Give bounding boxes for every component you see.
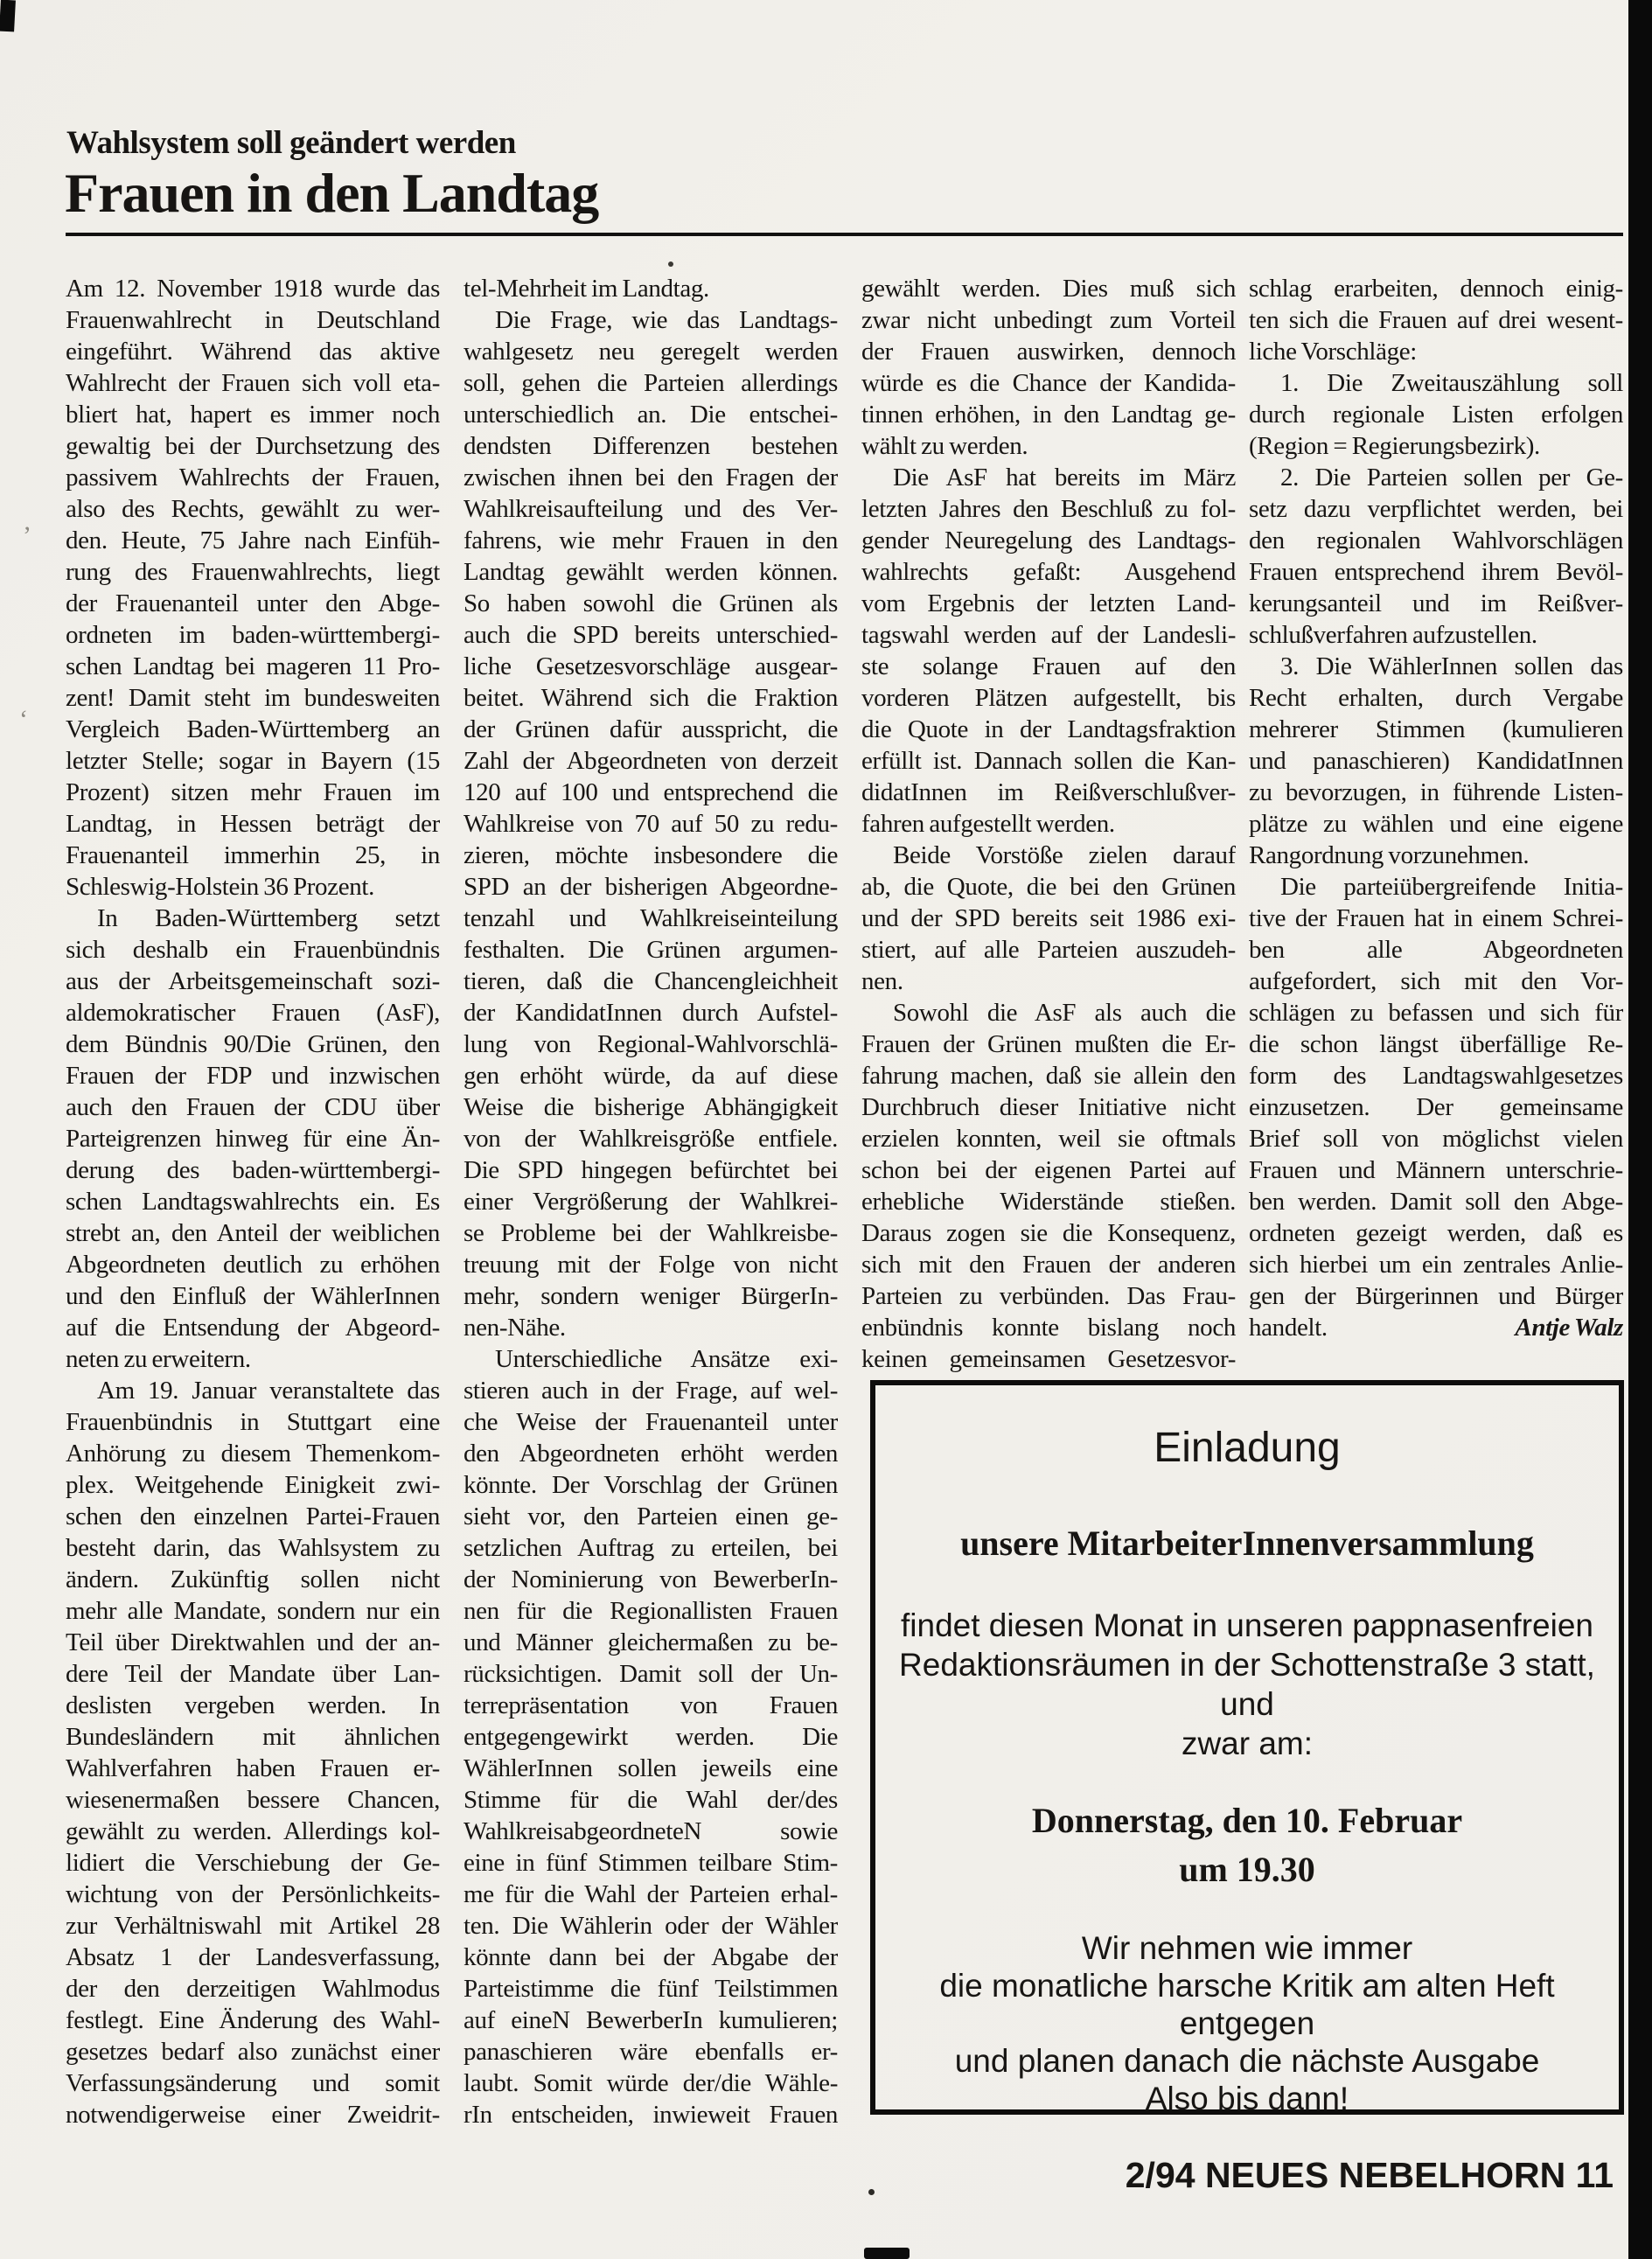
article-line: Teil über Direktwahlen und der an- bbox=[66, 1627, 440, 1658]
article-line: strebt an, den Anteil der weiblichen bbox=[66, 1217, 440, 1249]
article-line: schlägen zu befassen und sich für bbox=[1249, 997, 1623, 1028]
article-line: schen den einzelnen Partei-Frauen bbox=[66, 1501, 440, 1532]
article-line: dendsten Differenzen bestehen bbox=[464, 430, 838, 462]
article-line: schlußverfahren aufzustellen. bbox=[1249, 619, 1623, 651]
article-line: plätze zu wählen und eine eigene bbox=[1249, 808, 1623, 840]
article-line: ste solange Frauen auf den bbox=[861, 651, 1236, 682]
article-line: liche Gesetzesvorschläge ausgear- bbox=[464, 651, 838, 682]
article-line: und panaschieren) KandidatInnen bbox=[1249, 745, 1623, 777]
article-line: tieren, daß die Chancengleichheit bbox=[464, 966, 838, 997]
article-line: 2. Die Parteien sollen per Ge- bbox=[1249, 462, 1623, 493]
article-line: Zahl der Abgeordneten von derzeit bbox=[464, 745, 838, 777]
article-line: Brief soll von möglichst vielen bbox=[1249, 1123, 1623, 1154]
article-line: derung des baden-württembergi- bbox=[66, 1154, 440, 1186]
article-line: Die SPD hingegen befürchtet bei bbox=[464, 1154, 838, 1186]
article-line: deslisten vergeben werden. In bbox=[66, 1690, 440, 1721]
article-line: Beide Vorstöße zielen darauf bbox=[861, 840, 1236, 871]
pencil-mark: ’ bbox=[23, 521, 31, 551]
article-line: Wahlrecht der Frauen sich voll eta- bbox=[66, 367, 440, 399]
article-line: Wahlkreise von 70 auf 50 zu redu- bbox=[464, 808, 838, 840]
article-line: Die AsF hat bereits im März bbox=[861, 462, 1236, 493]
article-line: ab, die Quote, die bei den Grünen bbox=[861, 871, 1236, 903]
article-line: passivem Wahlrechts der Frauen, bbox=[66, 462, 440, 493]
invitation-line: Redaktionsräumen in der Schottenstraße 3… bbox=[875, 1645, 1619, 1724]
article-line: setzlichen Auftrag zu erteilen, bei bbox=[464, 1532, 838, 1564]
article-line: gewaltig bei der Durchsetzung des bbox=[66, 430, 440, 462]
article-line: festhalten. Die Grünen argumen- bbox=[464, 934, 838, 966]
article-line: und der SPD bereits seit 1986 exi- bbox=[861, 903, 1236, 934]
invitation-line: die monatliche harsche Kritik am alten H… bbox=[875, 1967, 1619, 2042]
article-line: Prozent) sitzen mehr Frauen im bbox=[66, 777, 440, 808]
article-line: mehrerer Stimmen (kumulieren bbox=[1249, 714, 1623, 745]
article-line: eine in fünf Stimmen teilbare Stim- bbox=[464, 1847, 838, 1879]
article-line: wählt zu werden. bbox=[861, 430, 1236, 462]
article-line: schlag erarbeiten, dennoch einig- bbox=[1249, 273, 1623, 304]
article-line: entgegengewirkt werden. Die bbox=[464, 1721, 838, 1753]
article-line: laubt. Somit würde der/die Wähle- bbox=[464, 2067, 838, 2099]
article-line: stiert, auf alle Parteien auszudeh- bbox=[861, 934, 1236, 966]
article-line: zwar nicht unbedingt zum Vorteil bbox=[861, 304, 1236, 336]
article-line: terrepräsentation von Frauen bbox=[464, 1690, 838, 1721]
article-line: Frauen der FDP und inzwischen bbox=[66, 1060, 440, 1091]
article-line: gewählt werden. Dies muß sich bbox=[861, 273, 1236, 304]
scan-bottom-mark bbox=[864, 2248, 910, 2259]
invitation-line: Also bis dann! bbox=[875, 2080, 1619, 2117]
article-line: Durchbruch dieser Initiative nicht bbox=[861, 1091, 1236, 1123]
invitation-line: und planen danach die nächste Ausgabe bbox=[875, 2042, 1619, 2080]
article-line: schen Landtagswahlrechts ein. Es bbox=[66, 1186, 440, 1217]
article-line: wiesenermaßen bessere Chancen, bbox=[66, 1784, 440, 1816]
article-line: zwischen ihnen bei den Fragen der bbox=[464, 462, 838, 493]
article-line: Landtag gewählt werden können. bbox=[464, 556, 838, 588]
article-line: unterschiedlich an. Die entschei- bbox=[464, 399, 838, 430]
article-line: fahren aufgestellt werden. bbox=[861, 808, 1236, 840]
article-line: Landtag, in Hessen beträgt der bbox=[66, 808, 440, 840]
article-line: WahlkreisabgeordneteN sowie bbox=[464, 1816, 838, 1847]
article-line: 3. Die WählerInnen sollen das bbox=[1249, 651, 1623, 682]
article-line: der Nominierung von BewerberIn- bbox=[464, 1564, 838, 1595]
article-line: ten sich die Frauen auf drei wesent- bbox=[1249, 304, 1623, 336]
article-line: Schleswig-Holstein 36 Prozent. bbox=[66, 871, 440, 903]
article-line: Die parteiübergreifende Initia- bbox=[1249, 871, 1623, 903]
article-line: Bundesländern mit ähnlichen bbox=[66, 1721, 440, 1753]
article-line: didatInnen im Reißverschlußver- bbox=[861, 777, 1236, 808]
article-line: ordneten im baden-württembergi- bbox=[66, 619, 440, 651]
article-line: fahrens, wie mehr Frauen in den bbox=[464, 525, 838, 556]
article-line: der den derzeitigen Wahlmodus bbox=[66, 1973, 440, 2005]
article-line: Absatz 1 der Landesverfassung, bbox=[66, 1942, 440, 1973]
article-line: letzten Jahres den Beschluß zu fol- bbox=[861, 493, 1236, 525]
page-footer: 2/94 NEUES NEBELHORN 11 bbox=[1126, 2155, 1614, 2196]
article-line: Parteistimme die fünf Teilstimmen bbox=[464, 1973, 838, 2005]
article-line: Am 19. Januar veranstaltete das bbox=[66, 1375, 440, 1406]
article-line: durch regionale Listen erfolgen bbox=[1249, 399, 1623, 430]
article-line: lidiert die Verschiebung der Ge- bbox=[66, 1847, 440, 1879]
article-line: bliert hat, hapert es immer noch bbox=[66, 399, 440, 430]
article-line: tive der Frauen hat in einem Schrei- bbox=[1249, 903, 1623, 934]
article-line: den regionalen Wahlvorschlägen bbox=[1249, 525, 1623, 556]
author-byline: Antje Walz bbox=[1515, 1312, 1623, 1343]
article-line: Frauenwahlrecht in Deutschland bbox=[66, 304, 440, 336]
article-line: aufgefordert, sich mit den Vor- bbox=[1249, 966, 1623, 997]
article-line: aus der Arbeitsgemeinschaft sozi- bbox=[66, 966, 440, 997]
article-column-1: Am 12. November 1918 wurde dasFrauenwahl… bbox=[66, 273, 440, 2130]
article-line: auch die SPD bereits unterschied- bbox=[464, 619, 838, 651]
article-line: So haben sowohl die Grünen als bbox=[464, 588, 838, 619]
article-line: vom Ergebnis der letzten Land- bbox=[861, 588, 1236, 619]
article-line: könnte. Der Vorschlag der Grünen bbox=[464, 1469, 838, 1501]
article-line: Unterschiedliche Ansätze exi- bbox=[464, 1343, 838, 1375]
article-line: wahlgesetz neu geregelt werden bbox=[464, 336, 838, 367]
article-line: me für die Wahl der Parteien erhal- bbox=[464, 1879, 838, 1910]
article-line: der Frauen auswirken, dennoch bbox=[861, 336, 1236, 367]
article-line: festlegt. Eine Änderung des Wahl- bbox=[66, 2005, 440, 2036]
article-line: rücksichtigen. Damit soll der Un- bbox=[464, 1658, 838, 1690]
article-line: Stimme für die Wahl der/des bbox=[464, 1784, 838, 1816]
article-line: beitet. Während sich die Fraktion bbox=[464, 682, 838, 714]
article-column-4: schlag erarbeiten, dennoch einig-ten sic… bbox=[1249, 273, 1623, 1343]
article-line: mehr, sondern weniger BürgerIn- bbox=[464, 1280, 838, 1312]
article-line: auch den Frauen der CDU über bbox=[66, 1091, 440, 1123]
article-line: rung des Frauenwahlrechts, liegt bbox=[66, 556, 440, 588]
scan-corner-mark bbox=[0, 0, 16, 31]
article-line: erhebliche Widerstände stießen. bbox=[861, 1186, 1236, 1217]
article-line: vorderen Plätzen aufgestellt, bis bbox=[861, 682, 1236, 714]
invitation-body-2: Wir nehmen wie immerdie monatliche harsc… bbox=[875, 1929, 1619, 2117]
article-line: aldemokratischer Frauen (AsF), bbox=[66, 997, 440, 1028]
article-line: und den Einfluß der WählerInnen bbox=[66, 1280, 440, 1312]
article-line: Rangordnung vorzunehmen. bbox=[1249, 840, 1623, 871]
article-line: einer Vergrößerung der Wahlkrei- bbox=[464, 1186, 838, 1217]
article-line: form des Landtagswahlgesetzes bbox=[1249, 1060, 1623, 1091]
article-line: erfüllt ist. Dannach sollen die Kan- bbox=[861, 745, 1236, 777]
article-line: ben alle Abgeordneten bbox=[1249, 934, 1623, 966]
article-title: Frauen in den Landtag bbox=[65, 161, 598, 226]
article-line: Daraus zogen sie die Konsequenz, bbox=[861, 1217, 1236, 1249]
article-line: Frauen und Männern unterschrie- bbox=[1249, 1154, 1623, 1186]
article-line: die schon längst überfällige Re- bbox=[1249, 1028, 1623, 1060]
article-line: 1. Die Zweitauszählung soll bbox=[1249, 367, 1623, 399]
article-line: ten. Die Wählerin oder der Wähler bbox=[464, 1910, 838, 1942]
article-line: rIn entscheiden, inwieweit Frauen bbox=[464, 2099, 838, 2130]
invitation-line: zwar am: bbox=[875, 1724, 1619, 1763]
article-line: erzielen konnten, weil sie oftmals bbox=[861, 1123, 1236, 1154]
article-line: sich mit den Frauen der anderen bbox=[861, 1249, 1236, 1280]
article-line: Verfassungsänderung und somit bbox=[66, 2067, 440, 2099]
scan-dot-artifact bbox=[668, 261, 673, 267]
article-line: der KandidatInnen durch Aufstel- bbox=[464, 997, 838, 1028]
article-line: nen. bbox=[861, 966, 1236, 997]
article-line: auf die Entsendung der Abgeord- bbox=[66, 1312, 440, 1343]
article-line: dere Teil der Mandate über Lan- bbox=[66, 1658, 440, 1690]
article-line: Am 12. November 1918 wurde das bbox=[66, 273, 440, 304]
article-line: mehr alle Mandate, sondern nur ein bbox=[66, 1595, 440, 1627]
article-line: die Quote in der Landtagsfraktion bbox=[861, 714, 1236, 745]
article-line: treuung mit der Folge von nicht bbox=[464, 1249, 838, 1280]
article-line: der Frauenanteil unter den Abge- bbox=[66, 588, 440, 619]
article-line: setz dazu verpflichtet werden, bei bbox=[1249, 493, 1623, 525]
article-line: ben werden. Damit soll den Abge- bbox=[1249, 1186, 1623, 1217]
article-line: enbündnis konnte bislang noch bbox=[861, 1312, 1236, 1343]
article-line: gender Neuregelung des Landtags- bbox=[861, 525, 1236, 556]
article-line: sieht vor, den Parteien einen ge- bbox=[464, 1501, 838, 1532]
article-line: zent! Damit steht im bundesweiten bbox=[66, 682, 440, 714]
invitation-box: Einladung unsere MitarbeiterInnenversamm… bbox=[870, 1380, 1624, 2115]
article-line: zur Verhältniswahl mit Artikel 28 bbox=[66, 1910, 440, 1942]
article-line: Vergleich Baden-Württemberg an bbox=[66, 714, 440, 745]
article-line: Abgeordneten deutlich zu erhöhen bbox=[66, 1249, 440, 1280]
article-line: eingeführt. Während das aktive bbox=[66, 336, 440, 367]
article-line: Weise die bisherige Abhängigkeit bbox=[464, 1091, 838, 1123]
article-line: notwendigerweise einer Zweidrit- bbox=[66, 2099, 440, 2130]
article-line: tagswahl werden auf der Landesli- bbox=[861, 619, 1236, 651]
article-line: zieren, möchte insbesondere die bbox=[464, 840, 838, 871]
article-line: schen Landtag bei mageren 11 Pro- bbox=[66, 651, 440, 682]
article-line: se Probleme bei der Wahlkreisbe- bbox=[464, 1217, 838, 1249]
article-line: Parteigrenzen hinweg für eine Än- bbox=[66, 1123, 440, 1154]
article-line: Frauenbündnis in Stuttgart eine bbox=[66, 1406, 440, 1438]
article-line: einzusetzen. Der gemeinsame bbox=[1249, 1091, 1623, 1123]
article-line: WählerInnen sollen jeweils eine bbox=[464, 1753, 838, 1784]
article-line: den Abgeordneten erhöht werden bbox=[464, 1438, 838, 1469]
article-line: sich hierbei um ein zentrales Anlie- bbox=[1249, 1249, 1623, 1280]
article-line: könnte dann bei der Abgabe der bbox=[464, 1942, 838, 1973]
article-line: Anhörung zu diesem Themenkom- bbox=[66, 1438, 440, 1469]
article-line: (Region = Regierungsbezirk). bbox=[1249, 430, 1623, 462]
article-line: Frauen der Grünen mußten die Er- bbox=[861, 1028, 1236, 1060]
scan-dot-artifact bbox=[868, 2189, 875, 2195]
article-line: kerungsanteil und im Reißver- bbox=[1249, 588, 1623, 619]
article-column-2: tel-Mehrheit im Landtag.Die Frage, wie d… bbox=[464, 273, 838, 2130]
article-line: Parteien zu verbünden. Das Frau- bbox=[861, 1280, 1236, 1312]
article-line: lung von Regional-Wahlvorschlä- bbox=[464, 1028, 838, 1060]
article-line: würde es die Chance der Kandida- bbox=[861, 367, 1236, 399]
article-line: 120 auf 100 und entsprechend die bbox=[464, 777, 838, 808]
article-line: tenzahl und Wahlkreiseinteilung bbox=[464, 903, 838, 934]
article-line: tel-Mehrheit im Landtag. bbox=[464, 273, 838, 304]
newspaper-page: Wahlsystem soll geändert werden Frauen i… bbox=[0, 0, 1652, 2259]
article-column-3: gewählt werden. Dies muß sichzwar nicht … bbox=[861, 273, 1236, 1375]
pencil-mark: ‘ bbox=[19, 705, 28, 735]
article-line: stieren auch in der Frage, auf wel- bbox=[464, 1375, 838, 1406]
article-line: soll, gehen die Parteien allerdings bbox=[464, 367, 838, 399]
article-line: ordneten gezeigt werden, daß es bbox=[1249, 1217, 1623, 1249]
article-line: SPD an der bisherigen Abgeordne- bbox=[464, 871, 838, 903]
invitation-title: Einladung bbox=[875, 1426, 1619, 1471]
article-line: Frauenanteil immerhin 25, in bbox=[66, 840, 440, 871]
article-line: fahrung machen, daß sie allein den bbox=[861, 1060, 1236, 1091]
article-line: Sowohl die AsF als auch die bbox=[861, 997, 1236, 1028]
invitation-line: Wir nehmen wie immer bbox=[875, 1929, 1619, 1967]
article-line: also des Rechts, gewählt zu wer- bbox=[66, 493, 440, 525]
article-line: ändern. Zukünftig sollen nicht bbox=[66, 1564, 440, 1595]
invitation-date: Donnerstag, den 10. Februar bbox=[875, 1802, 1619, 1840]
article-line: wahlrechts gefaßt: Ausgehend bbox=[861, 556, 1236, 588]
article-last-words: handelt. bbox=[1249, 1312, 1328, 1343]
article-line: letzter Stelle; sogar in Bayern (15 bbox=[66, 745, 440, 777]
article-line: besteht darin, das Wahlsystem zu bbox=[66, 1532, 440, 1564]
article-line: von der Wahlkreisgröße entfiele. bbox=[464, 1123, 838, 1154]
invitation-time: um 19.30 bbox=[875, 1851, 1619, 1889]
invitation-line: findet diesen Monat in unseren pappnasen… bbox=[875, 1606, 1619, 1645]
article-line: liche Vorschläge: bbox=[1249, 336, 1623, 367]
article-line: Die Frage, wie das Landtags- bbox=[464, 304, 838, 336]
article-line: che Weise der Frauenanteil unter bbox=[464, 1406, 838, 1438]
article-line: und Männer gleichermaßen zu be- bbox=[464, 1627, 838, 1658]
article-line: auf eineN BewerberIn kumulieren; bbox=[464, 2005, 838, 2036]
article-line: panaschieren wäre ebenfalls er- bbox=[464, 2036, 838, 2067]
scan-edge-bar bbox=[1628, 0, 1652, 2259]
article-line: plex. Weitgehende Einigkeit zwi- bbox=[66, 1469, 440, 1501]
article-line: wichtung von der Persönlichkeits- bbox=[66, 1879, 440, 1910]
article-line: gesetzes bedarf also zunächst einer bbox=[66, 2036, 440, 2067]
article-byline-row: handelt.Antje Walz bbox=[1249, 1312, 1623, 1343]
article-line: nen-Nähe. bbox=[464, 1312, 838, 1343]
article-line: schon bei der eigenen Partei auf bbox=[861, 1154, 1236, 1186]
article-line: dem Bündnis 90/Die Grünen, den bbox=[66, 1028, 440, 1060]
invitation-body-1: findet diesen Monat in unseren pappnasen… bbox=[875, 1606, 1619, 1763]
article-line: der Grünen dafür ausspricht, die bbox=[464, 714, 838, 745]
header-rule bbox=[66, 233, 1623, 236]
article-line: gen erhöht würde, da auf diese bbox=[464, 1060, 838, 1091]
article-line: In Baden-Württemberg setzt bbox=[66, 903, 440, 934]
article-kicker: Wahlsystem soll geändert werden bbox=[66, 124, 516, 162]
article-line: tinnen erhöhen, in den Landtag ge- bbox=[861, 399, 1236, 430]
article-line: neten zu erweitern. bbox=[66, 1343, 440, 1375]
article-line: den. Heute, 75 Jahre nach Einfüh- bbox=[66, 525, 440, 556]
article-line: gewählt zu werden. Allerdings kol- bbox=[66, 1816, 440, 1847]
invitation-subject: unsere MitarbeiterInnenversammlung bbox=[875, 1523, 1619, 1564]
article-line: Wahlverfahren haben Frauen er- bbox=[66, 1753, 440, 1784]
article-line: sich deshalb ein Frauenbündnis bbox=[66, 934, 440, 966]
article-line: nen für die Regionallisten Frauen bbox=[464, 1595, 838, 1627]
article-line: gen der Bürgerinnen und Bürger bbox=[1249, 1280, 1623, 1312]
article-line: Recht erhalten, durch Vergabe bbox=[1249, 682, 1623, 714]
article-line: keinen gemeinsamen Gesetzesvor- bbox=[861, 1343, 1236, 1375]
article-line: zu bevorzugen, in führende Listen- bbox=[1249, 777, 1623, 808]
article-line: Wahlkreisaufteilung und des Ver- bbox=[464, 493, 838, 525]
article-line: Frauen entsprechend ihrem Bevöl- bbox=[1249, 556, 1623, 588]
